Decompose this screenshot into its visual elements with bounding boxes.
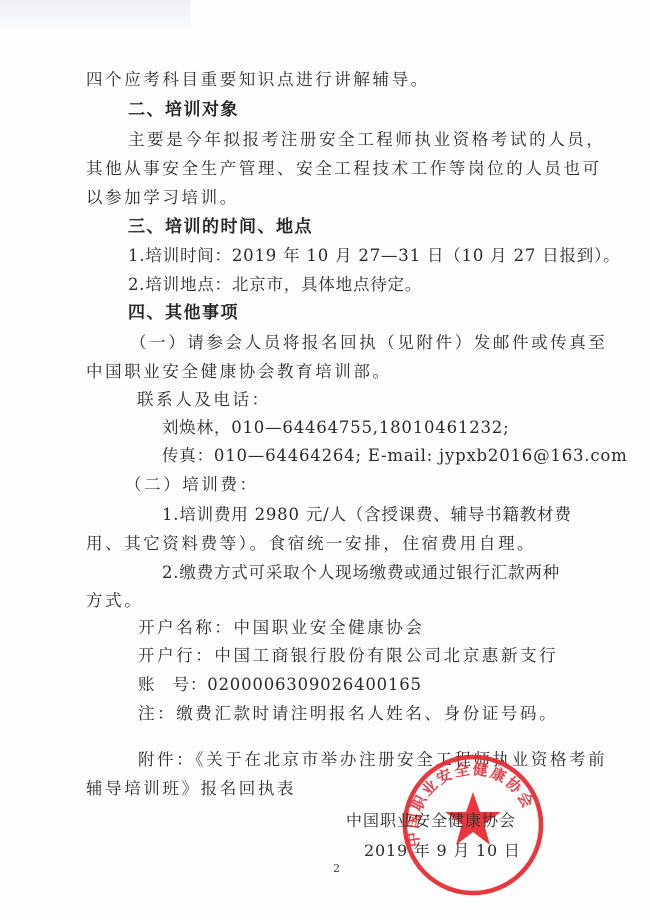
paragraph-line: 2.缴费方式可采取个人现场缴费或通过银行汇款两种: [162, 562, 560, 584]
contact-label: 联系人及电话：: [137, 389, 271, 411]
paragraph-line: 1.培训时间：2019 年 10 月 27—31 日（10 月 27 日报到）。: [128, 245, 620, 267]
section-heading-3: 三、培训的时间、地点: [128, 216, 313, 238]
page-number: 2: [333, 862, 340, 875]
payment-note: 注：缴费汇款时请注明报名人姓名、身份证号码。: [138, 703, 558, 725]
paragraph-line: 以参加学习培训。: [86, 187, 239, 209]
account-number: 账 号：0200006309026400165: [138, 674, 422, 696]
account-name: 开户名称：中国职业安全健康协会: [138, 617, 425, 639]
contact-person: 刘焕林，010—64464755,18010461232;: [162, 417, 509, 439]
contact-fax-email: 传真：010—64464264; E-mail: jypxb2016@163.c…: [162, 445, 628, 467]
paragraph-line: 四个应考科目重要知识点进行讲解辅导。: [86, 69, 430, 91]
fee-heading: （二）培训费：: [125, 474, 259, 496]
attachment-line: 辅导培训班》报名回执表: [86, 778, 296, 800]
section-heading-4: 四、其他事项: [128, 302, 239, 324]
section-heading-2: 二、培训对象: [128, 99, 239, 121]
account-bank: 开户行：中国工商银行股份有限公司北京惠新支行: [138, 645, 558, 667]
paragraph-line: 用、其它资料费等）。食宿统一安排，住宿费用自理。: [86, 533, 536, 555]
attachment-line: 附件：《关于在北京市举办注册安全工程师执业资格考前: [138, 749, 607, 771]
scan-artifact: [0, 0, 190, 30]
paragraph-line: （一）请参会人员将报名回执（见附件）发邮件或传真至: [130, 332, 608, 354]
paragraph-line: 其他从事安全生产管理、安全工程技术工作等岗位的人员也可: [86, 158, 602, 180]
paragraph-line: 主要是今年拟报考注册安全工程师执业资格考试的人员，: [128, 129, 606, 151]
paragraph-line: 方式。: [86, 590, 143, 612]
paragraph-line: 中国职业安全健康协会教育培训部。: [86, 361, 392, 383]
paragraph-line: 1.培训费用 2980 元/人（含授课费、辅导书籍教材费: [162, 504, 572, 526]
signature-date: 2019 年 9 月 10 日: [364, 840, 521, 862]
document-page: 四个应考科目重要知识点进行讲解辅导。 二、培训对象 主要是今年拟报考注册安全工程…: [0, 0, 650, 920]
signature-organization: 中国职业安全健康协会: [346, 810, 516, 832]
paragraph-line: 2.培训地点：北京市，具体地点待定。: [128, 274, 422, 296]
svg-text:中国职业安全健康协会: 中国职业安全健康协会: [404, 760, 538, 848]
